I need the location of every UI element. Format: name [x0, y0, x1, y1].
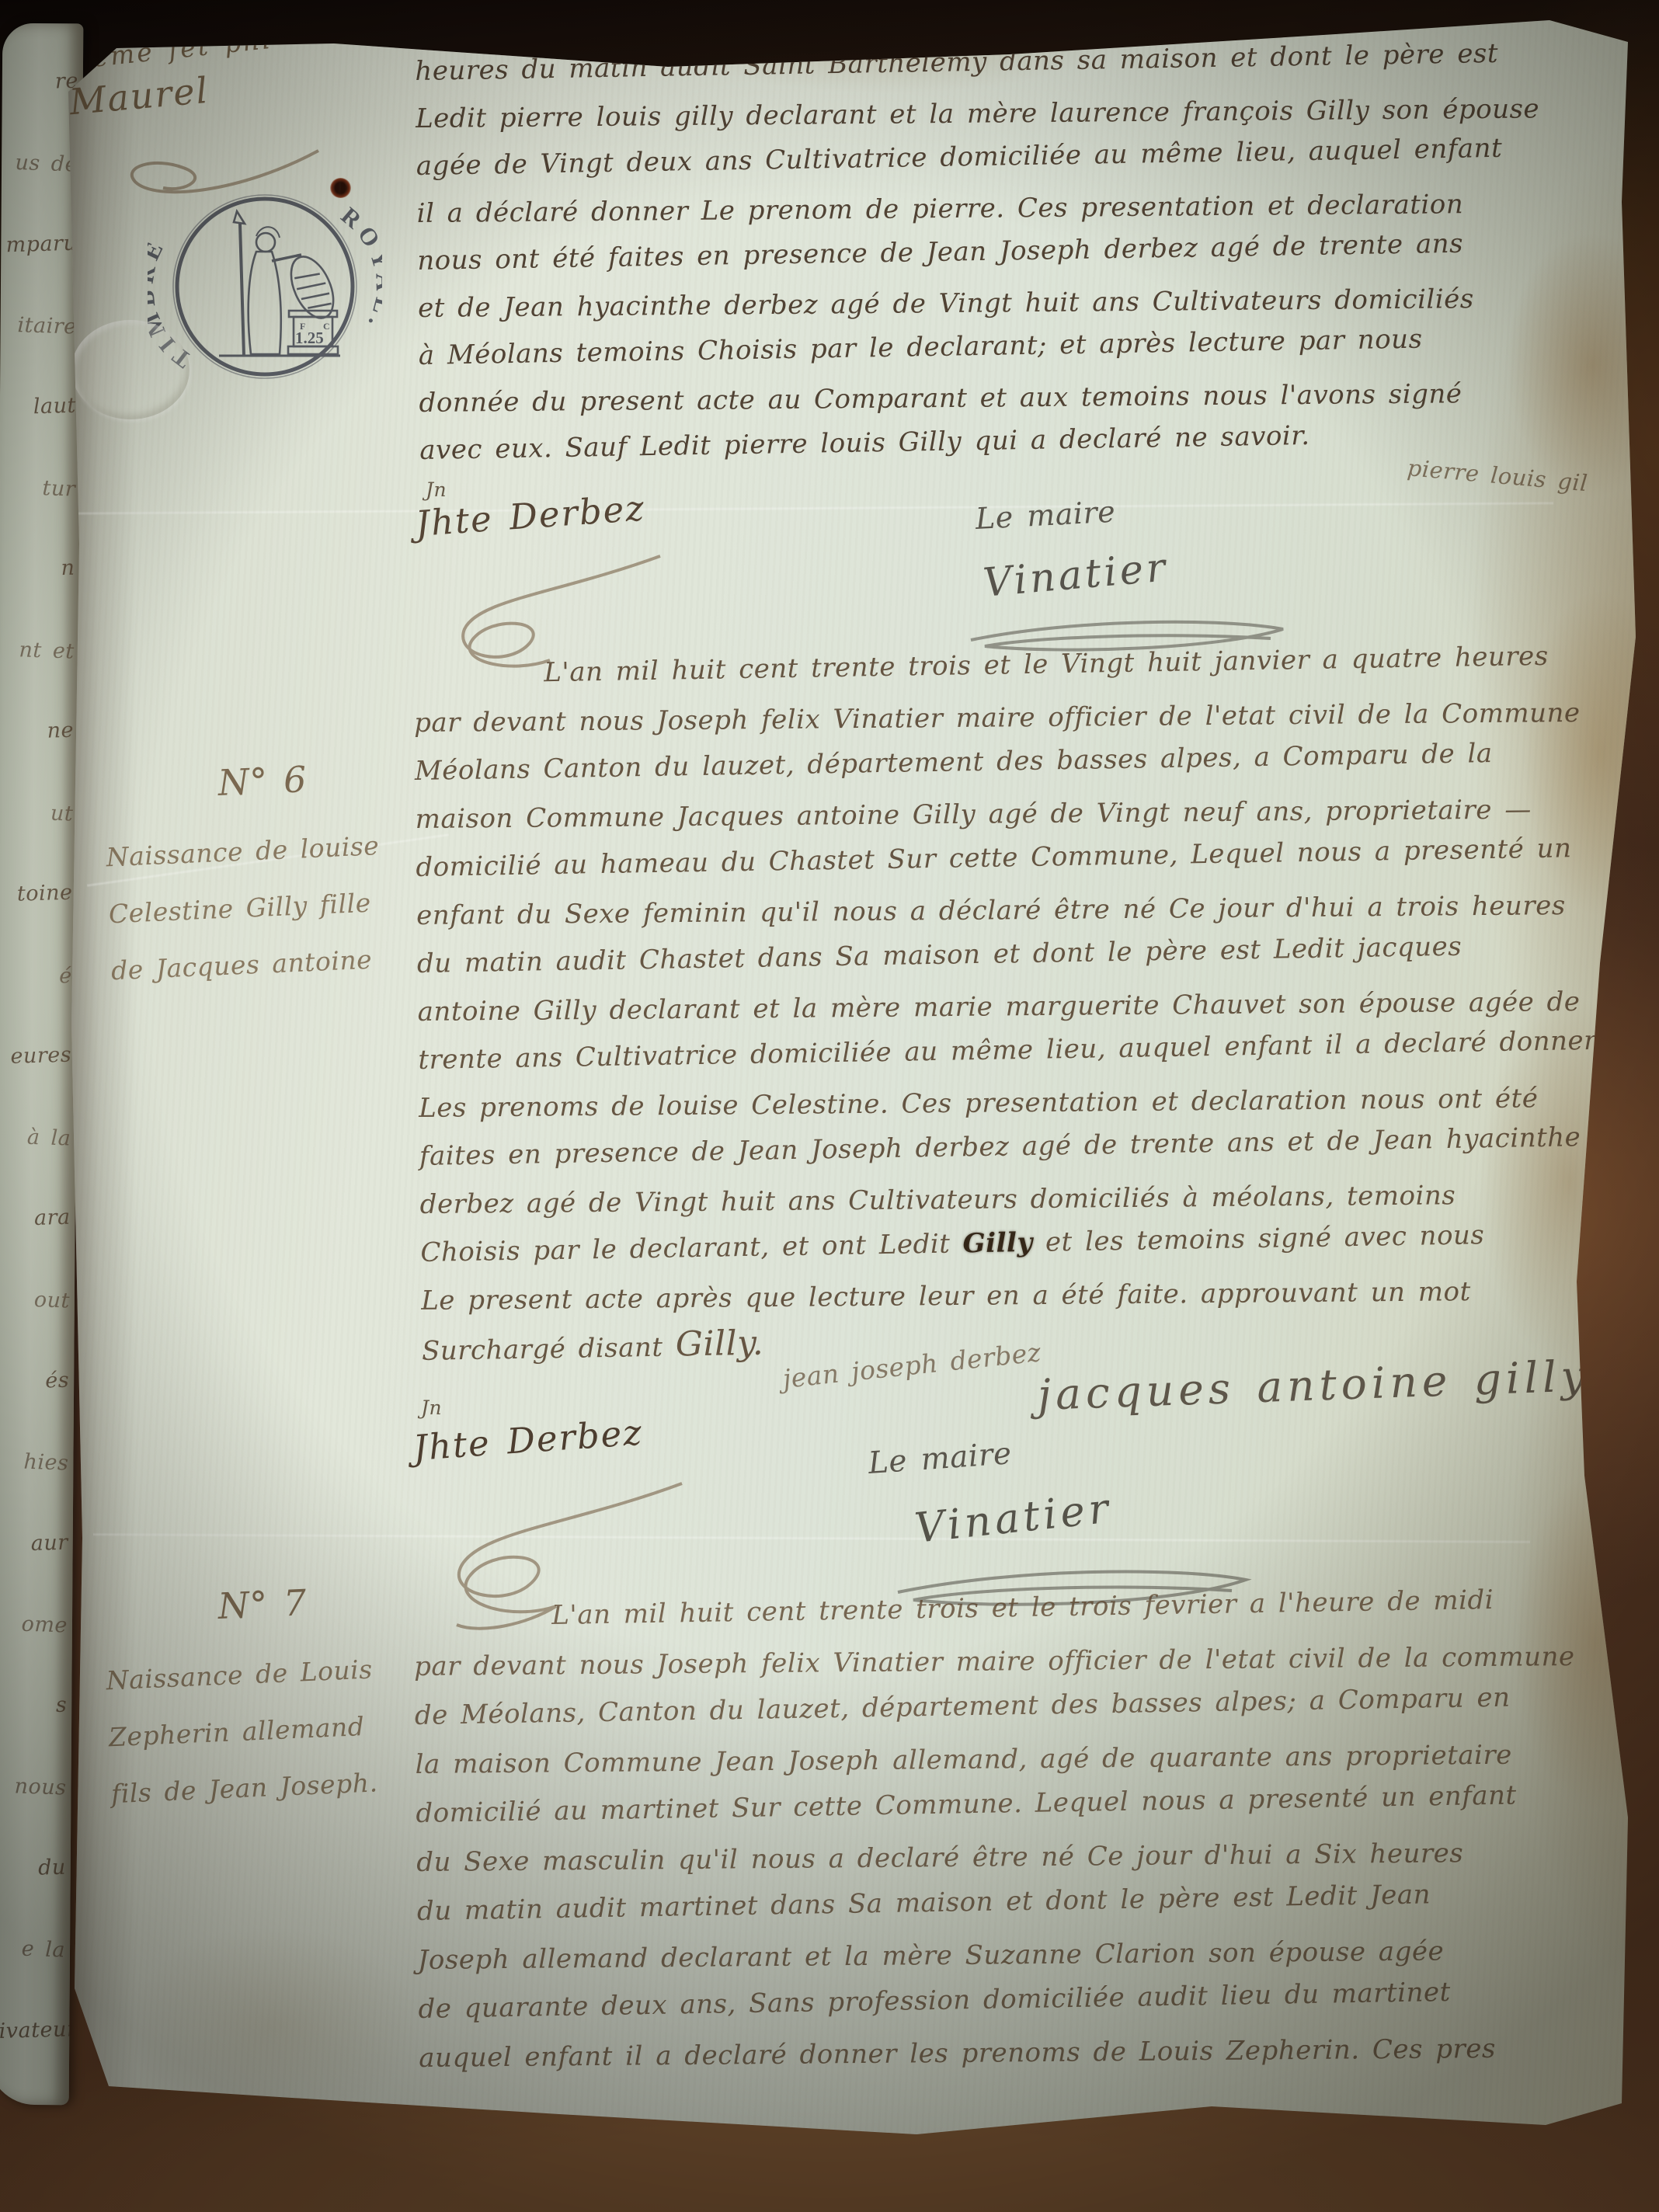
manuscript-fragment: à la: [0, 1124, 71, 1150]
manuscript-fragment: laut: [1, 394, 76, 420]
paper-crease: [93, 1532, 1530, 1544]
line-part: Surchargé disant: [422, 1332, 676, 1367]
manuscript-fragment: itaire: [2, 312, 77, 339]
manuscript-fragment: us de: [3, 150, 78, 176]
act-number: N° 6: [217, 753, 438, 804]
register-page: 2ème fet phl Maurel TIMBRE ROYAL.: [0, 0, 1659, 2212]
line-part: Choisis par le declarant, et ont Ledit: [420, 1228, 963, 1268]
line-part: et les temoins signé avec nous: [1032, 1219, 1484, 1258]
act-text-block-3: L'an mil huit cent trente trois et le tr…: [413, 1580, 1580, 2083]
photo-of-register: re us de mparu itaire laut tur n nt et n…: [0, 0, 1659, 2212]
stamp-denom-right: C: [323, 321, 330, 332]
manuscript-fragment: tivateurs: [0, 2017, 65, 2043]
manuscript-line: auquel enfant il a declaré donner les pr…: [419, 2024, 1580, 2083]
manuscript-fragment: du: [0, 1855, 66, 1881]
manuscript-fragment: re: [3, 69, 78, 96]
stamp-denomination: 1.25: [295, 329, 324, 347]
act-text-block-1: heures du matin audit Saint Barthelemy d…: [415, 34, 1544, 475]
paper-crease: [78, 501, 1553, 515]
manuscript-fragment: e la: [0, 1936, 66, 1963]
manuscript-fragment: out: [0, 1286, 70, 1313]
manuscript-fragment: é: [0, 962, 72, 988]
margin-note-act7: N° 7 Naissance de Louis Zepherin alleman…: [103, 1576, 447, 1822]
manuscript-fragment: aur: [0, 1530, 68, 1556]
manuscript-line: L'an mil huit cent trente trois et le tr…: [413, 1574, 1574, 1643]
act-text-block-2: L'an mil huit cent trente trois et le Vi…: [413, 636, 1601, 1375]
overwritten-word: Gilly: [962, 1227, 1033, 1259]
witness-signature-prefix: Jn: [421, 1396, 442, 1419]
maire-signature: Vinatier: [913, 1485, 1115, 1553]
manuscript-fragment: nt et: [0, 637, 75, 663]
witness-signature-prefix: Jn: [426, 478, 447, 501]
manuscript-fragment: s: [0, 1692, 68, 1719]
manuscript-line: heures du matin audit Saint Barthelemy d…: [415, 30, 1539, 96]
emphasized-word: Gilly.: [675, 1323, 763, 1365]
manuscript-fragment: nous: [0, 1774, 67, 1800]
embossed-seal: [71, 320, 190, 419]
age-stain: [124, 1926, 419, 2128]
manuscript-fragment: toine: [0, 881, 73, 907]
witness-signature: Jhte Derbez: [414, 487, 646, 544]
witness-signature: Jhte Derbez: [412, 1411, 644, 1469]
manuscript-line: L'an mil huit cent trente trois et le Vi…: [413, 631, 1592, 699]
manuscript-fragment: n: [0, 556, 75, 583]
stamp-right-text: ROYAL.: [336, 202, 382, 337]
maire-title: Le maire: [867, 1436, 1013, 1481]
manuscript-fragment: ne: [0, 718, 74, 745]
previous-page-edge: re us de mparu itaire laut tur n nt et n…: [0, 23, 83, 2106]
manuscript-fragment: eures: [0, 1043, 71, 1069]
act-number: N° 7: [217, 1576, 438, 1627]
manuscript-fragment: ara: [0, 1205, 71, 1232]
manuscript-fragment: ut: [0, 799, 74, 826]
manuscript-fragment: mparu: [2, 231, 78, 258]
margin-note-act6: N° 6 Naissance de louise Celestine Gilly…: [103, 753, 447, 999]
maire-signature: Vinatier: [981, 544, 1170, 607]
manuscript-fragment: tur: [1, 475, 76, 501]
corner-annotation: 2ème fet phl Maurel: [74, 34, 273, 114]
manuscript-fragment: hies: [0, 1449, 69, 1475]
svg-text:ROYAL.: ROYAL.: [336, 202, 382, 337]
maire-title: Le maire: [975, 495, 1116, 536]
manuscript-fragment: ome: [0, 1611, 68, 1637]
manuscript-fragment: és: [0, 1368, 70, 1394]
